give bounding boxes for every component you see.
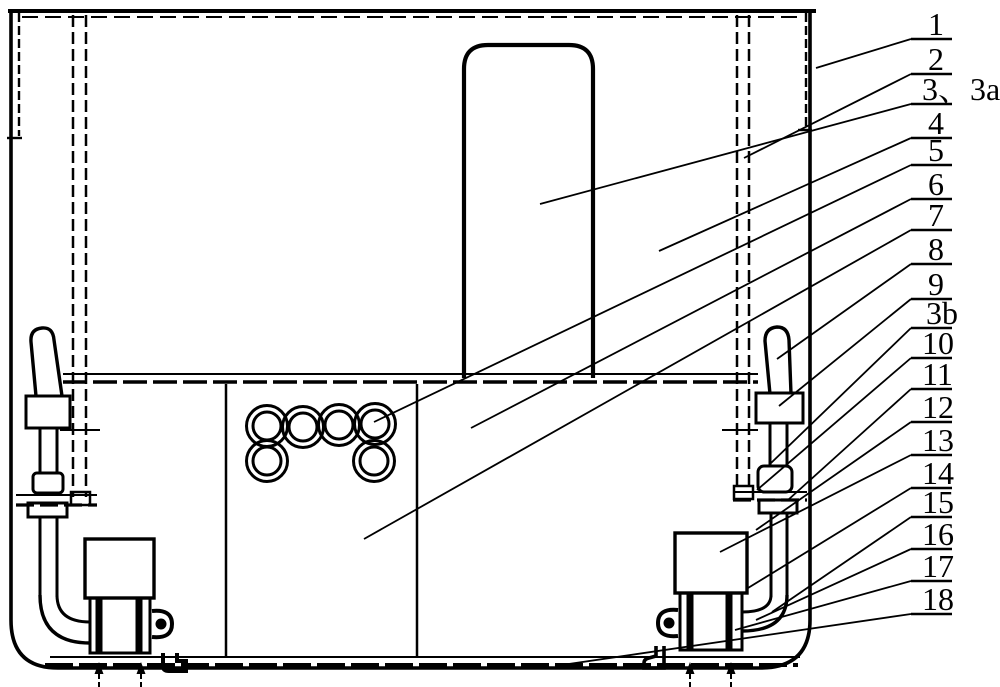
leader-line-18 bbox=[555, 614, 911, 666]
right-pump-port-core bbox=[664, 618, 675, 629]
partition-deck bbox=[60, 374, 758, 430]
leader-line-4 bbox=[659, 138, 911, 251]
patent-figure-page: 123、3a4567893b101112131415161718 bbox=[0, 0, 1000, 687]
leader-line-7 bbox=[364, 230, 911, 539]
part-label-15: 15 bbox=[922, 484, 954, 520]
leader-line-3-3a bbox=[540, 104, 911, 204]
right-pump-housing bbox=[675, 533, 747, 593]
right-tube-coupler bbox=[758, 466, 792, 492]
part-label-3-3a: 3、3a bbox=[922, 71, 1000, 107]
part-label-8: 8 bbox=[928, 231, 944, 267]
part-label-11: 11 bbox=[922, 356, 953, 392]
center-pillar bbox=[464, 45, 593, 378]
left-elbow-outer bbox=[40, 595, 90, 643]
part-label-17: 17 bbox=[922, 548, 954, 584]
part-label-13: 13 bbox=[922, 422, 954, 458]
leader-line-6 bbox=[471, 199, 911, 428]
leader-line-11 bbox=[788, 389, 911, 500]
leader-line-16 bbox=[756, 549, 911, 620]
nozzle-circle-inner bbox=[360, 447, 388, 475]
nozzle-circle-inner bbox=[361, 410, 389, 438]
nozzle-circle-cluster bbox=[247, 404, 396, 482]
shell-contour bbox=[11, 11, 810, 668]
left-tube-clamp bbox=[26, 396, 70, 428]
left-tube-assembly bbox=[26, 328, 90, 643]
leader-line-12 bbox=[756, 422, 911, 530]
outer-shell bbox=[7, 11, 816, 668]
part-label-1: 1 bbox=[928, 6, 944, 42]
leader-line-1 bbox=[816, 39, 911, 68]
callouts-layer: 123、3a4567893b101112131415161718 bbox=[364, 6, 1000, 666]
leader-line-8 bbox=[777, 264, 911, 359]
inner-liner bbox=[16, 15, 807, 505]
right-tube-top-capsule bbox=[765, 327, 791, 394]
left-pump-housing bbox=[85, 539, 154, 598]
nozzle-circle-inner bbox=[253, 412, 281, 440]
leader-line-2 bbox=[744, 74, 911, 158]
nozzle-circle-inner bbox=[289, 413, 317, 441]
nozzle-circle-inner bbox=[325, 411, 353, 439]
part-label-5: 5 bbox=[928, 132, 944, 168]
nozzle-circle-inner bbox=[253, 447, 281, 475]
part-label-16: 16 bbox=[922, 516, 954, 552]
left-tube-top-capsule bbox=[31, 328, 62, 396]
right-elbow-inner bbox=[742, 595, 771, 612]
part-label-7: 7 bbox=[928, 197, 944, 233]
leader-line-9 bbox=[779, 299, 911, 406]
patent-cross-section-drawing: 123、3a4567893b101112131415161718 bbox=[0, 0, 1000, 687]
part-label-12: 12 bbox=[922, 389, 954, 425]
left-tube-coupler bbox=[33, 473, 63, 493]
left-pump-port-core bbox=[156, 619, 167, 630]
right-tube-clamp bbox=[756, 393, 803, 423]
part-label-18: 18 bbox=[922, 581, 954, 617]
